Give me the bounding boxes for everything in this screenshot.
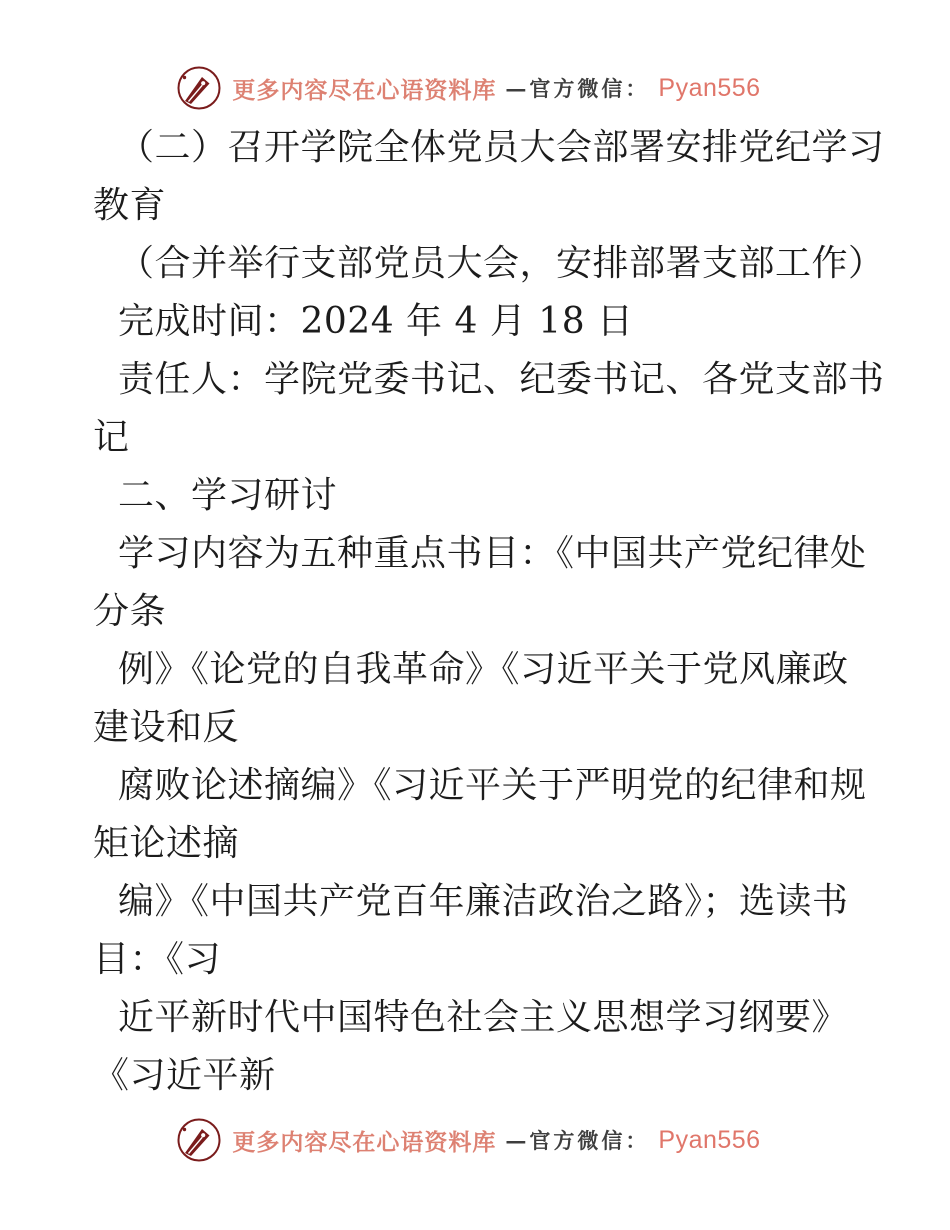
watermark-brand-text: 更多内容尽在心语资料库	[232, 1124, 496, 1157]
document-line: 完成时间：2024 年 4 月 18 日	[93, 293, 865, 351]
watermark-wechat-id: Pyan556	[658, 74, 760, 103]
document-line: 责任人：学院党委书记、纪委书记、各党支部书	[93, 351, 865, 409]
document-line: 《习近平新	[93, 1047, 865, 1105]
document-line: （二）召开学院全体党员大会部署安排党纪学习	[93, 119, 865, 177]
document-line: 编》《中国共产党百年廉洁政治之路》；选读书	[93, 873, 865, 931]
document-line: 矩论述摘	[93, 815, 865, 873]
watermark-wechat-id: Pyan556	[658, 1126, 760, 1155]
document-line: 目：《习	[93, 931, 865, 989]
document-line: 建设和反	[93, 699, 865, 757]
document-page: 更多内容尽在心语资料库—官方微信：Pyan556 （二）召开学院全体党员大会部署…	[0, 0, 950, 1230]
document-line: 分条	[93, 583, 865, 641]
xinyu-pen-logo-icon	[175, 64, 223, 112]
document-line: 腐败论述摘编》《习近平关于严明党的纪律和规	[93, 757, 865, 815]
document-line: 例》《论党的自我革命》《习近平关于党风廉政	[93, 641, 865, 699]
watermark-separator-text: —官方微信：	[505, 73, 649, 103]
document-line: 二、学习研讨	[93, 467, 865, 525]
document-line: 教育	[93, 177, 865, 235]
document-line: 记	[93, 409, 865, 467]
xinyu-pen-logo-icon	[175, 1116, 223, 1164]
document-line: 近平新时代中国特色社会主义思想学习纲要》	[93, 989, 865, 1047]
footer-watermark: 更多内容尽在心语资料库—官方微信：Pyan556	[0, 1114, 950, 1166]
document-line: 学习内容为五种重点书目：《中国共产党纪律处	[93, 525, 865, 583]
header-watermark: 更多内容尽在心语资料库—官方微信：Pyan556	[0, 62, 950, 114]
watermark-separator-text: —官方微信：	[505, 1125, 649, 1155]
document-line: （合并举行支部党员大会，安排部署支部工作）	[93, 235, 865, 293]
document-body: （二）召开学院全体党员大会部署安排党纪学习教育（合并举行支部党员大会，安排部署支…	[93, 119, 865, 1105]
watermark-brand-text: 更多内容尽在心语资料库	[232, 72, 496, 105]
